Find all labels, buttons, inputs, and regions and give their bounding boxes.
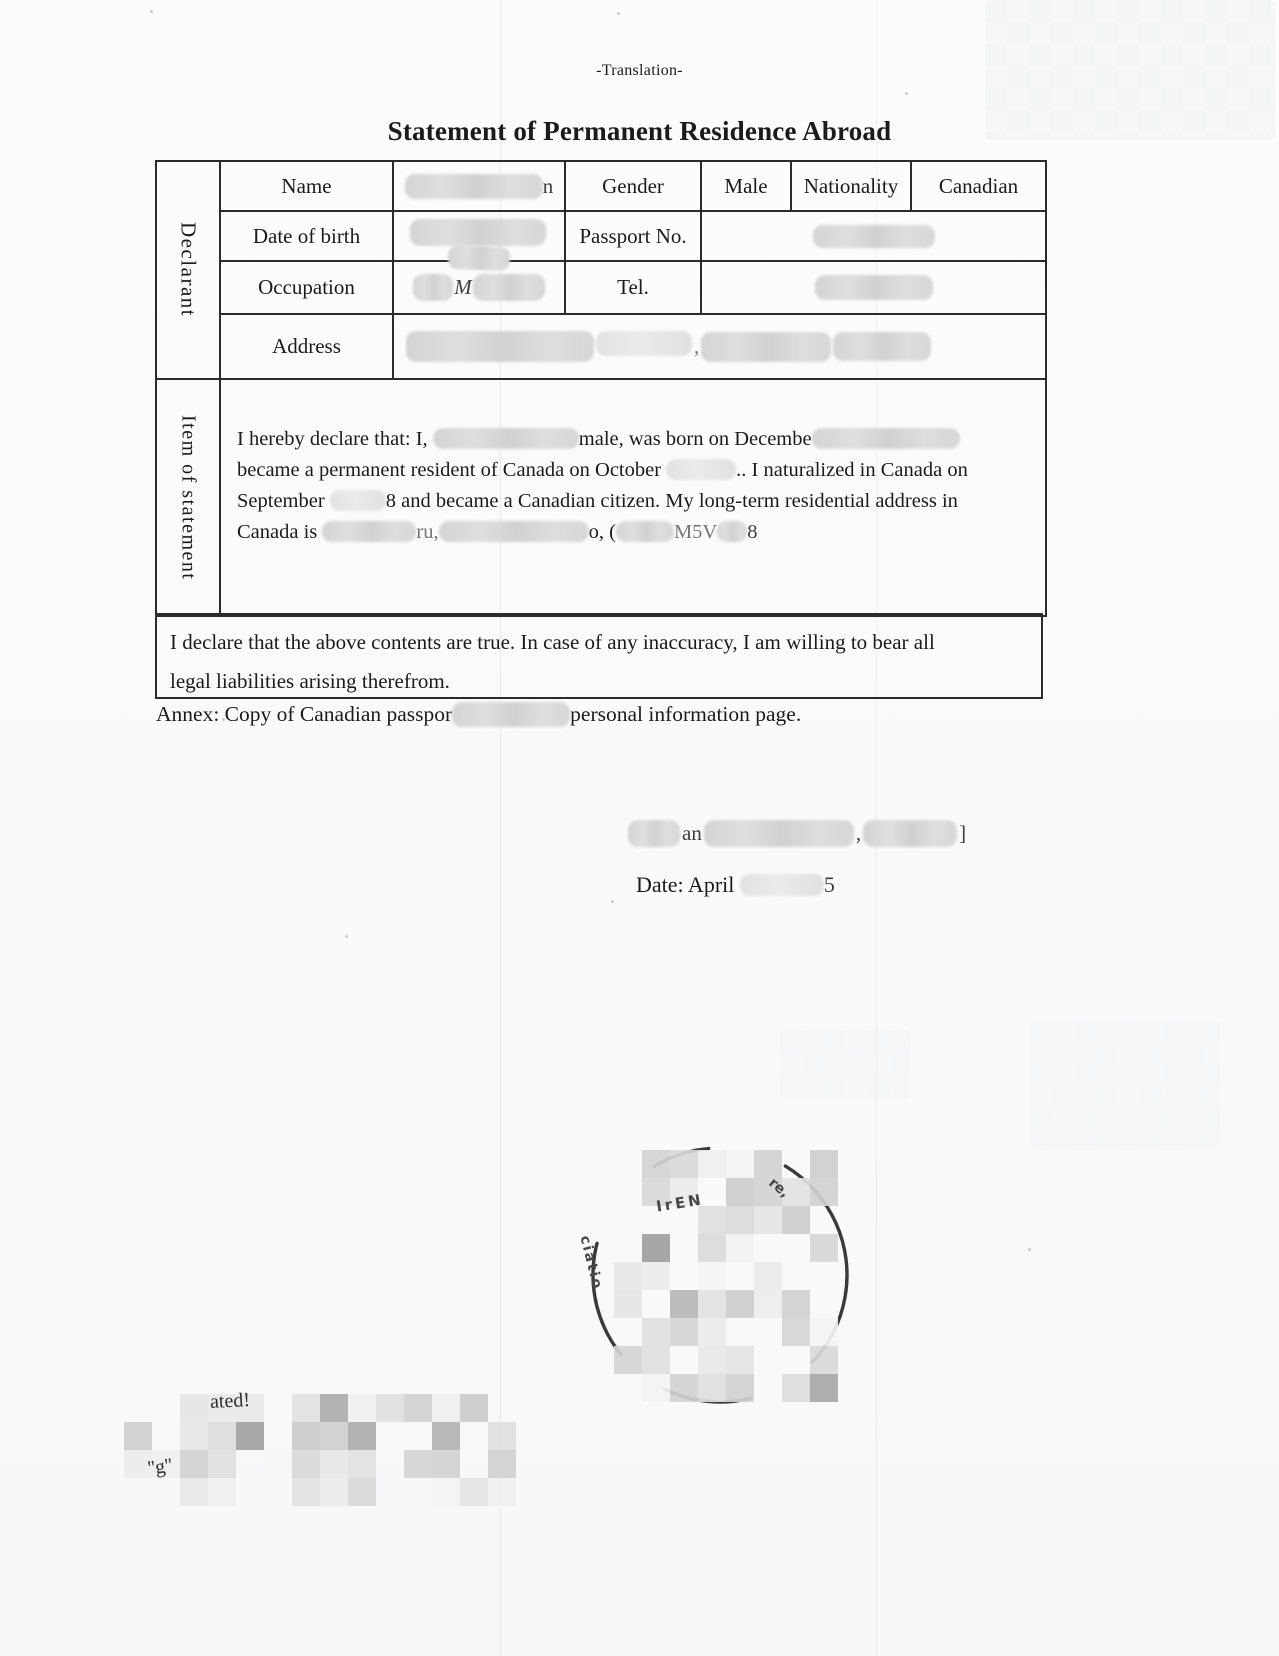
redaction-address bbox=[701, 332, 831, 362]
redaction-name bbox=[405, 174, 543, 199]
redaction-signature bbox=[704, 820, 854, 847]
tel-value bbox=[700, 260, 1045, 313]
redaction-occupation bbox=[473, 274, 545, 301]
document-title: Statement of Permanent Residence Abroad bbox=[0, 116, 1279, 147]
redaction-statement bbox=[433, 428, 579, 449]
redaction-statement bbox=[666, 459, 736, 480]
scan-speck bbox=[617, 12, 620, 15]
passport-value bbox=[700, 210, 1045, 260]
bottom-text-fragment: ated! bbox=[209, 1389, 250, 1414]
redaction-passport bbox=[813, 225, 935, 248]
truth-declaration-line-1: I declare that the above contents are tr… bbox=[170, 623, 1028, 662]
redaction-statement bbox=[439, 521, 589, 542]
occupation-label: Occupation bbox=[219, 260, 392, 313]
redaction-date bbox=[740, 874, 824, 896]
scan-speck bbox=[1028, 1248, 1031, 1251]
dob-label: Date of birth bbox=[219, 210, 392, 260]
address-value: , bbox=[392, 313, 1045, 378]
redaction-address bbox=[406, 331, 594, 362]
annex-note: Annex: Copy of Canadian passporpersonal … bbox=[156, 702, 801, 727]
scan-speck bbox=[150, 10, 153, 13]
nationality-value: Canadian bbox=[910, 162, 1045, 210]
redaction-address bbox=[596, 331, 692, 356]
redaction-annex bbox=[452, 702, 570, 727]
occupation-fragment: M bbox=[454, 275, 472, 300]
statement-line-4: Canada is ru,o, (M5V8 bbox=[237, 517, 757, 548]
truth-declaration-box: I declare that the above contents are tr… bbox=[155, 613, 1043, 699]
statement-text: I hereby declare that: I, male, was born… bbox=[219, 378, 1045, 615]
truth-declaration-line-2: legal liabilities arising therefrom. bbox=[170, 662, 1028, 701]
name-value: n bbox=[392, 162, 564, 210]
passport-label: Passport No. bbox=[564, 210, 700, 260]
stamp-redaction-mosaic bbox=[614, 1150, 838, 1402]
declarant-table: Declarant Name n Gender Male Nationality… bbox=[155, 160, 1047, 617]
statement-line-2: became a permanent resident of Canada on… bbox=[237, 455, 968, 486]
scan-noise-patch bbox=[780, 1030, 910, 1100]
nationality-label: Nationality bbox=[790, 162, 910, 210]
gender-value: Male bbox=[700, 162, 790, 210]
redaction-signature bbox=[628, 820, 680, 847]
dob-value bbox=[392, 210, 564, 260]
address-fragment: , bbox=[694, 334, 699, 359]
signature-fragment: an bbox=[682, 821, 702, 846]
gender-label: Gender bbox=[564, 162, 700, 210]
stamp: IrEN re, ciatio bbox=[572, 1142, 864, 1410]
row-group-statement: Item of statement bbox=[157, 378, 219, 615]
scan-speck bbox=[611, 900, 614, 903]
name-label: Name bbox=[219, 162, 392, 210]
signature-fragment: , bbox=[856, 821, 861, 846]
signature-fragment: ] bbox=[959, 821, 966, 846]
redaction-tel bbox=[815, 275, 933, 300]
redaction-statement bbox=[717, 521, 747, 542]
redaction-statement bbox=[330, 490, 386, 511]
redaction-address bbox=[833, 332, 931, 361]
translation-note: -Translation- bbox=[0, 62, 1279, 80]
scan-speck bbox=[905, 92, 908, 95]
signature-line: an , ] bbox=[628, 820, 966, 847]
scan-noise-patch bbox=[1030, 1020, 1220, 1150]
redaction-statement bbox=[322, 521, 416, 542]
scan-speck bbox=[345, 935, 348, 938]
redaction-dob bbox=[410, 219, 546, 246]
name-fragment: n bbox=[543, 174, 554, 199]
tel-label: Tel. bbox=[564, 260, 700, 313]
row-group-declarant: Declarant bbox=[157, 162, 219, 378]
redaction-dob bbox=[448, 245, 511, 271]
bottom-text-fragment: ''g'' bbox=[147, 1454, 174, 1480]
redaction-statement bbox=[812, 428, 960, 449]
redaction-occupation bbox=[413, 274, 453, 301]
redaction-statement bbox=[616, 521, 674, 542]
date-line: Date: April 5 bbox=[636, 872, 835, 898]
address-label: Address bbox=[219, 313, 392, 378]
statement-line-1: I hereby declare that: I, male, was born… bbox=[237, 424, 960, 455]
signature-redaction-area: ated! ''g'' bbox=[124, 1390, 544, 1508]
bottom-left-mosaic bbox=[124, 1394, 544, 1506]
statement-line-3: September 8 and became a Canadian citize… bbox=[237, 486, 958, 517]
scanned-document-page: -Translation- Statement of Permanent Res… bbox=[0, 0, 1279, 1656]
redaction-signature bbox=[863, 820, 957, 847]
